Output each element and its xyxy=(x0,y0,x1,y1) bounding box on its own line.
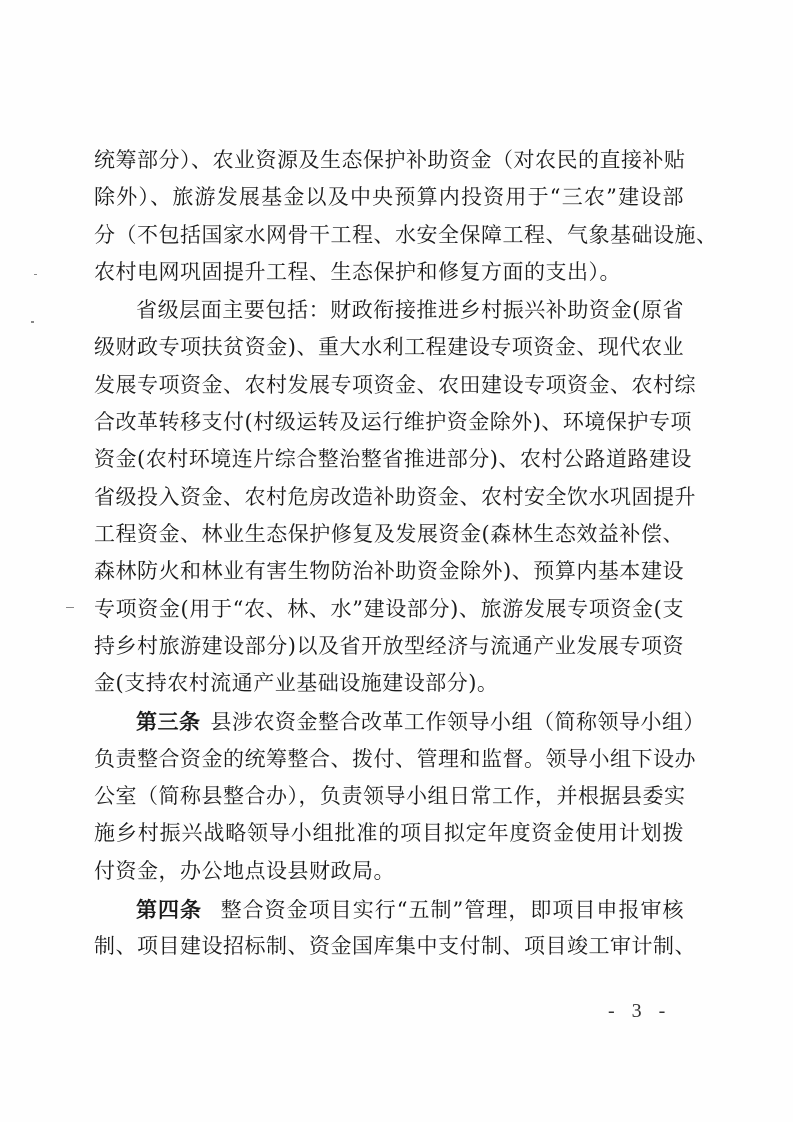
text-line: 统筹部分）、农业资源及生态保护补助资金（对农民的直接补贴 xyxy=(94,142,684,179)
text-line: 工程资金、林业生态保护修复及发展资金(森林生态效益补偿、 xyxy=(94,516,684,553)
scan-mark xyxy=(34,274,37,275)
document-body: 统筹部分）、农业资源及生态保护补助资金（对农民的直接补贴 除外）、旅游发展基金以… xyxy=(94,142,684,967)
text-line: 第四条整合资金项目实行“五制”管理，即项目申报审核 xyxy=(94,891,684,928)
text-line: 发展专项资金、农村发展专项资金、农田建设专项资金、农村综 xyxy=(94,367,684,404)
scan-mark xyxy=(66,607,74,608)
text-line: 施乡村振兴战略领导小组批准的项目拟定年度资金使用计划拨 xyxy=(94,815,684,852)
text-line: 省级投入资金、农村危房改造补助资金、农村安全饮水巩固提升 xyxy=(94,479,684,516)
paragraph-continuation: 统筹部分）、农业资源及生态保护补助资金（对农民的直接补贴 除外）、旅游发展基金以… xyxy=(94,142,684,291)
article-3: 第三条县涉农资金整合改革工作领导小组（简称领导小组） 负责整合资金的统筹整合、拨… xyxy=(94,703,684,889)
text-line: 省级层面主要包括：财政衔接推进乡村振兴补助资金(原省 xyxy=(94,292,684,329)
scan-mark xyxy=(31,321,34,323)
text-line: 合改革转移支付(村级运转及运行维护资金除外)、环境保护专项 xyxy=(94,404,684,441)
text-line: 专项资金(用于“农、林、水”建设部分)、旅游发展专项资金(支 xyxy=(94,591,684,628)
document-page: 统筹部分）、农业资源及生态保护补助资金（对农民的直接补贴 除外）、旅游发展基金以… xyxy=(0,0,793,1122)
text-line: 除外）、旅游发展基金以及中央预算内投资用于“三农”建设部 xyxy=(94,179,684,216)
article-title: 第四条 xyxy=(136,897,202,922)
text-line: 付资金，办公地点设县财政局。 xyxy=(94,853,684,890)
text-line: 公室（简称县整合办），负责领导小组日常工作，并根据县委实 xyxy=(94,778,684,815)
text-line: 金(支持农村流通产业基础设施建设部分)。 xyxy=(94,665,684,702)
article-text: 县涉农资金整合改革工作领导小组（简称领导小组） xyxy=(211,710,706,734)
article-text: 整合资金项目实行“五制”管理，即项目申报审核 xyxy=(220,898,684,922)
paragraph-provincial-funds: 省级层面主要包括：财政衔接推进乡村振兴补助资金(原省 级财政专项扶贫资金)、重大… xyxy=(94,292,684,702)
text-line: 制、项目建设招标制、资金国库集中支付制、项目竣工审计制、 xyxy=(94,928,684,965)
article-title: 第三条 xyxy=(136,709,201,734)
text-line: 级财政专项扶贫资金)、重大水利工程建设专项资金、现代农业 xyxy=(94,329,684,366)
text-line: 分（不包括国家水网骨干工程、水安全保障工程、气象基础设施、 xyxy=(94,217,684,254)
text-line: 持乡村旅游建设部分)以及省开放型经济与流通产业发展专项资 xyxy=(94,628,684,665)
text-line: 第三条县涉农资金整合改革工作领导小组（简称领导小组） xyxy=(94,703,684,740)
article-4: 第四条整合资金项目实行“五制”管理，即项目申报审核 制、项目建设招标制、资金国库… xyxy=(94,891,684,966)
page-number: - 3 - xyxy=(608,1000,671,1023)
text-line: 森林防火和林业有害生物防治补助资金除外)、预算内基本建设 xyxy=(94,553,684,590)
text-line: 资金(农村环境连片综合整治整省推进部分)、农村公路道路建设 xyxy=(94,441,684,478)
text-line: 农村电网巩固提升工程、生态保护和修复方面的支出）。 xyxy=(94,254,684,291)
text-line: 负责整合资金的统筹整合、拨付、管理和监督。领导小组下设办 xyxy=(94,741,684,778)
